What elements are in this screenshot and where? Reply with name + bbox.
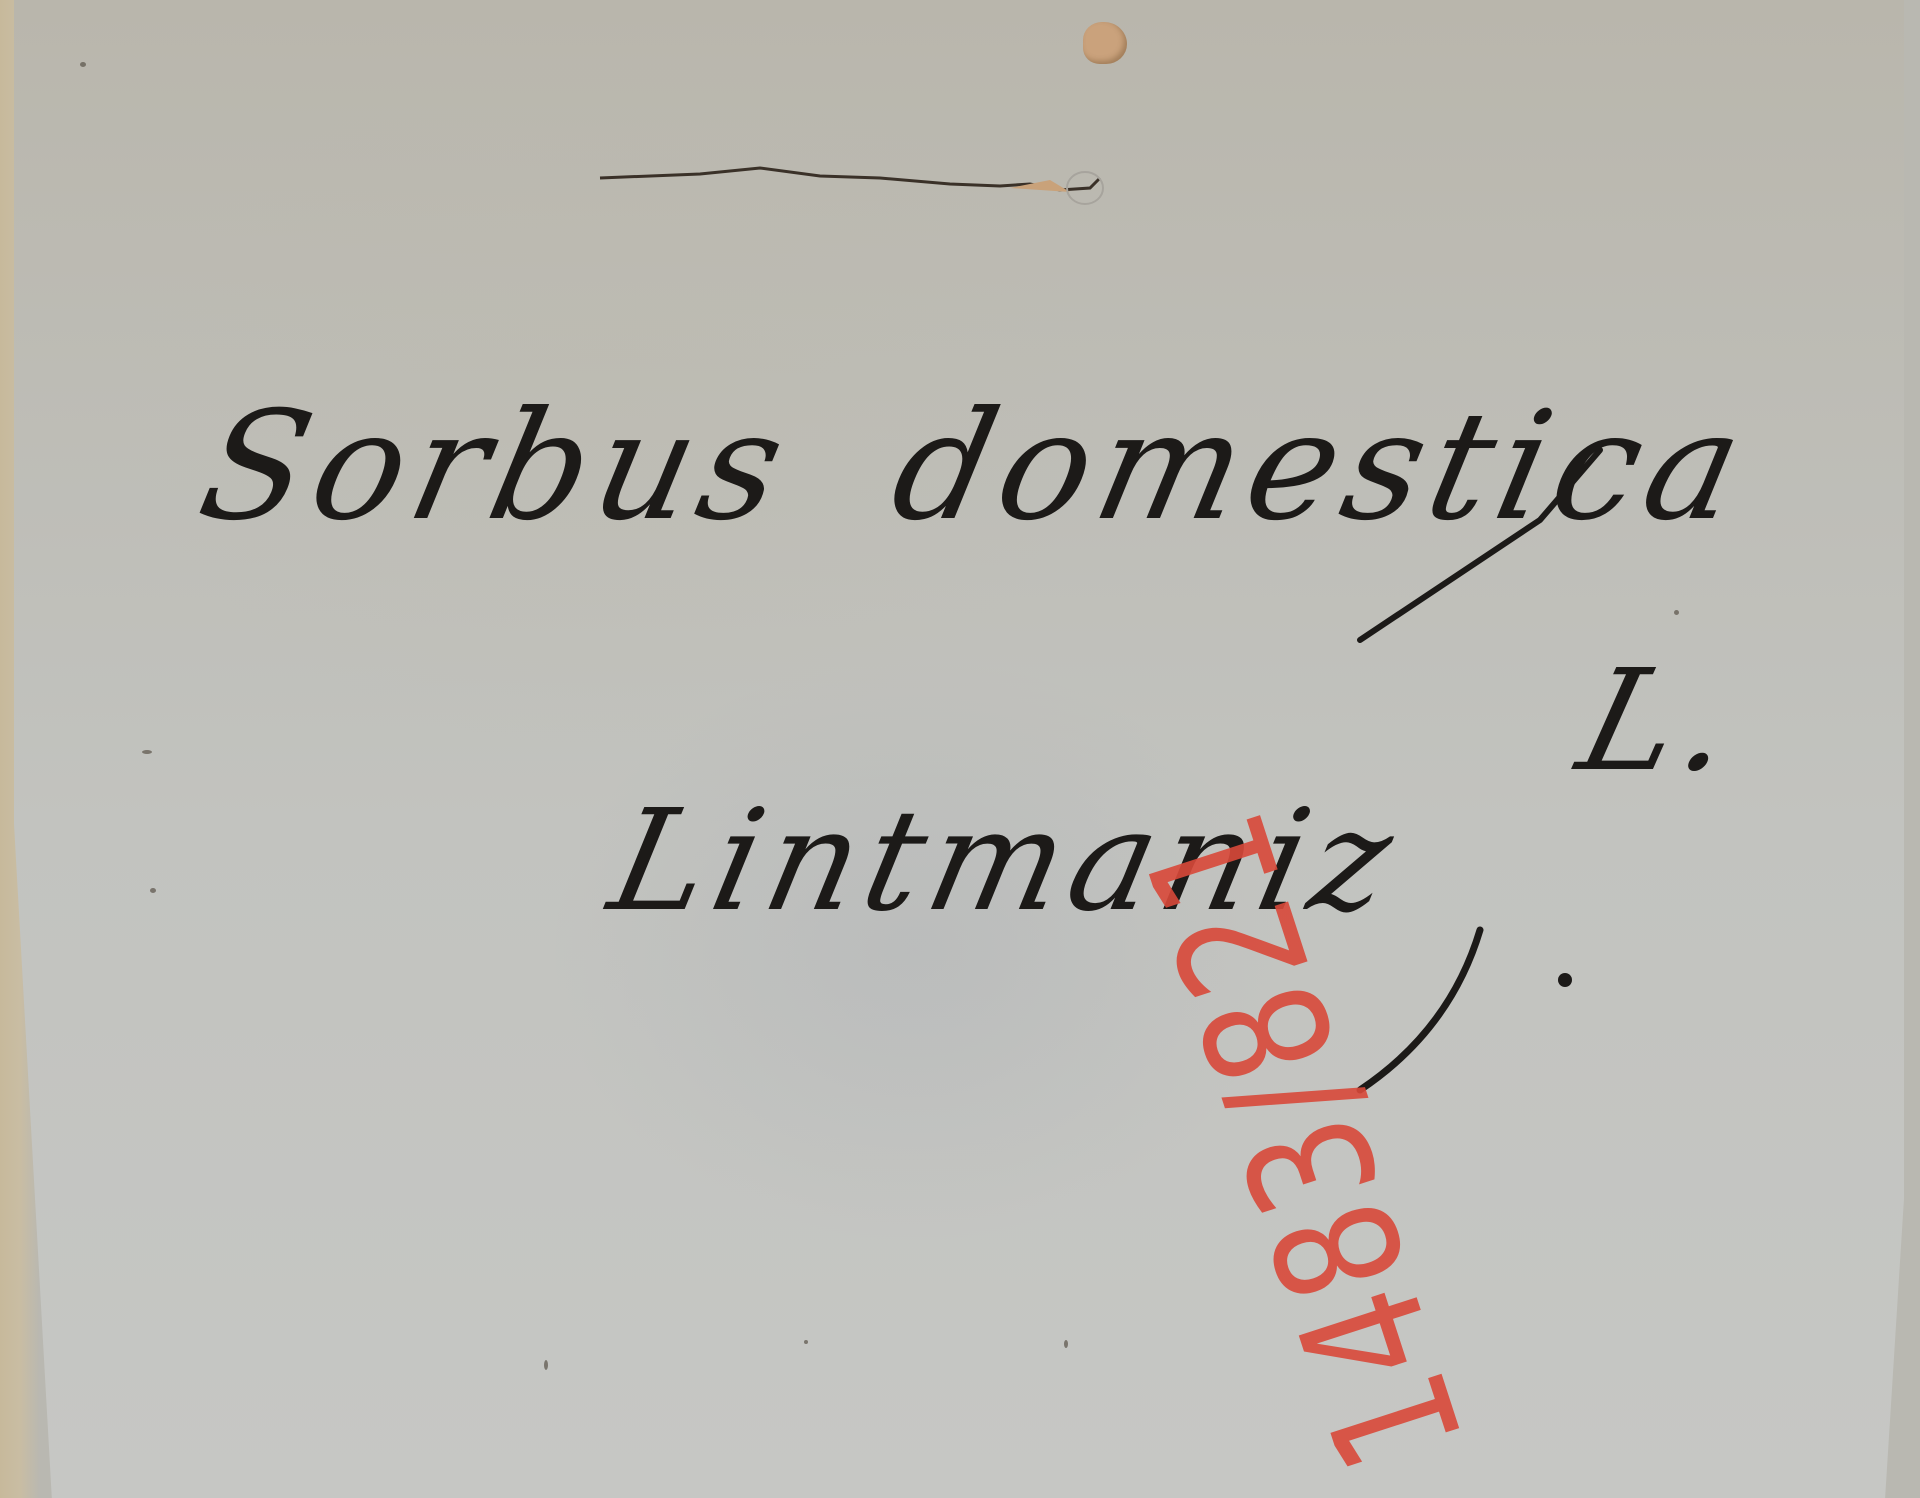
photo-stage: Sorbusdomestica L. Lintmaniz 1483/821	[0, 0, 1920, 1498]
paper-damage-chip	[1083, 22, 1127, 64]
genus-text: Sorbus	[187, 380, 806, 554]
species-epithet-text: domestica	[879, 380, 1764, 554]
species-name-line: Sorbusdomestica	[187, 380, 1764, 554]
